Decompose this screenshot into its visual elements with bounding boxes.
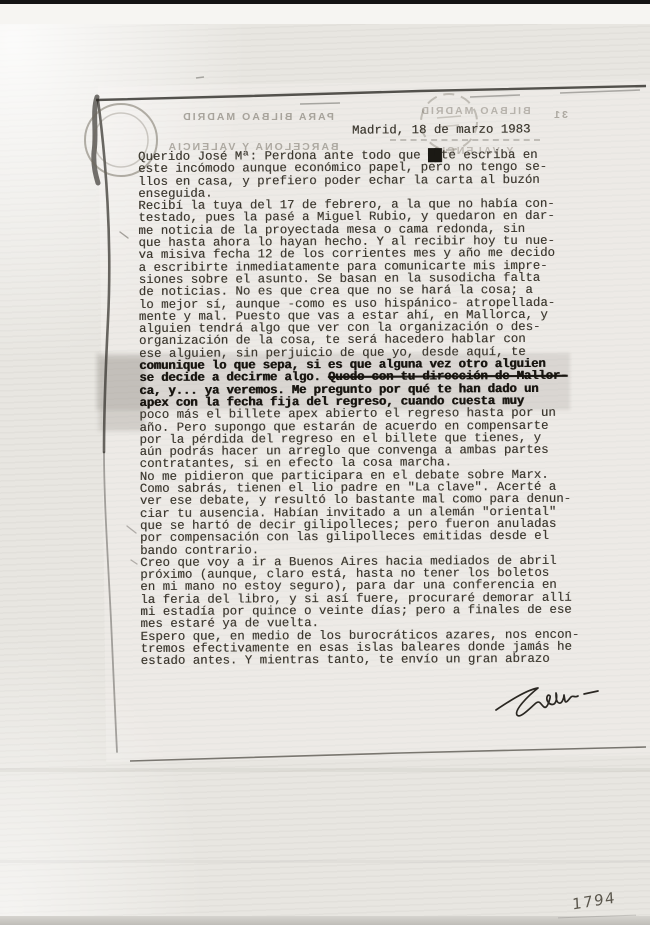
margin-tick	[120, 232, 128, 238]
letter-line: estado antes. Y mientras tanto, te envío…	[141, 653, 577, 668]
letter-body: Querido José Mª: Perdona ante todo que █…	[138, 149, 577, 668]
signature-scrawl	[490, 680, 605, 728]
margin-tick	[127, 526, 137, 564]
scanned-letter-page: { "document": { "date_line": "Madrid, 18…	[0, 0, 650, 925]
paper-edge-left	[98, 100, 109, 452]
date-line: Madrid, 18 de marzo 1983	[352, 122, 531, 137]
paper-edge-bottom	[130, 747, 646, 761]
paper-edge-left-lower	[104, 452, 117, 752]
